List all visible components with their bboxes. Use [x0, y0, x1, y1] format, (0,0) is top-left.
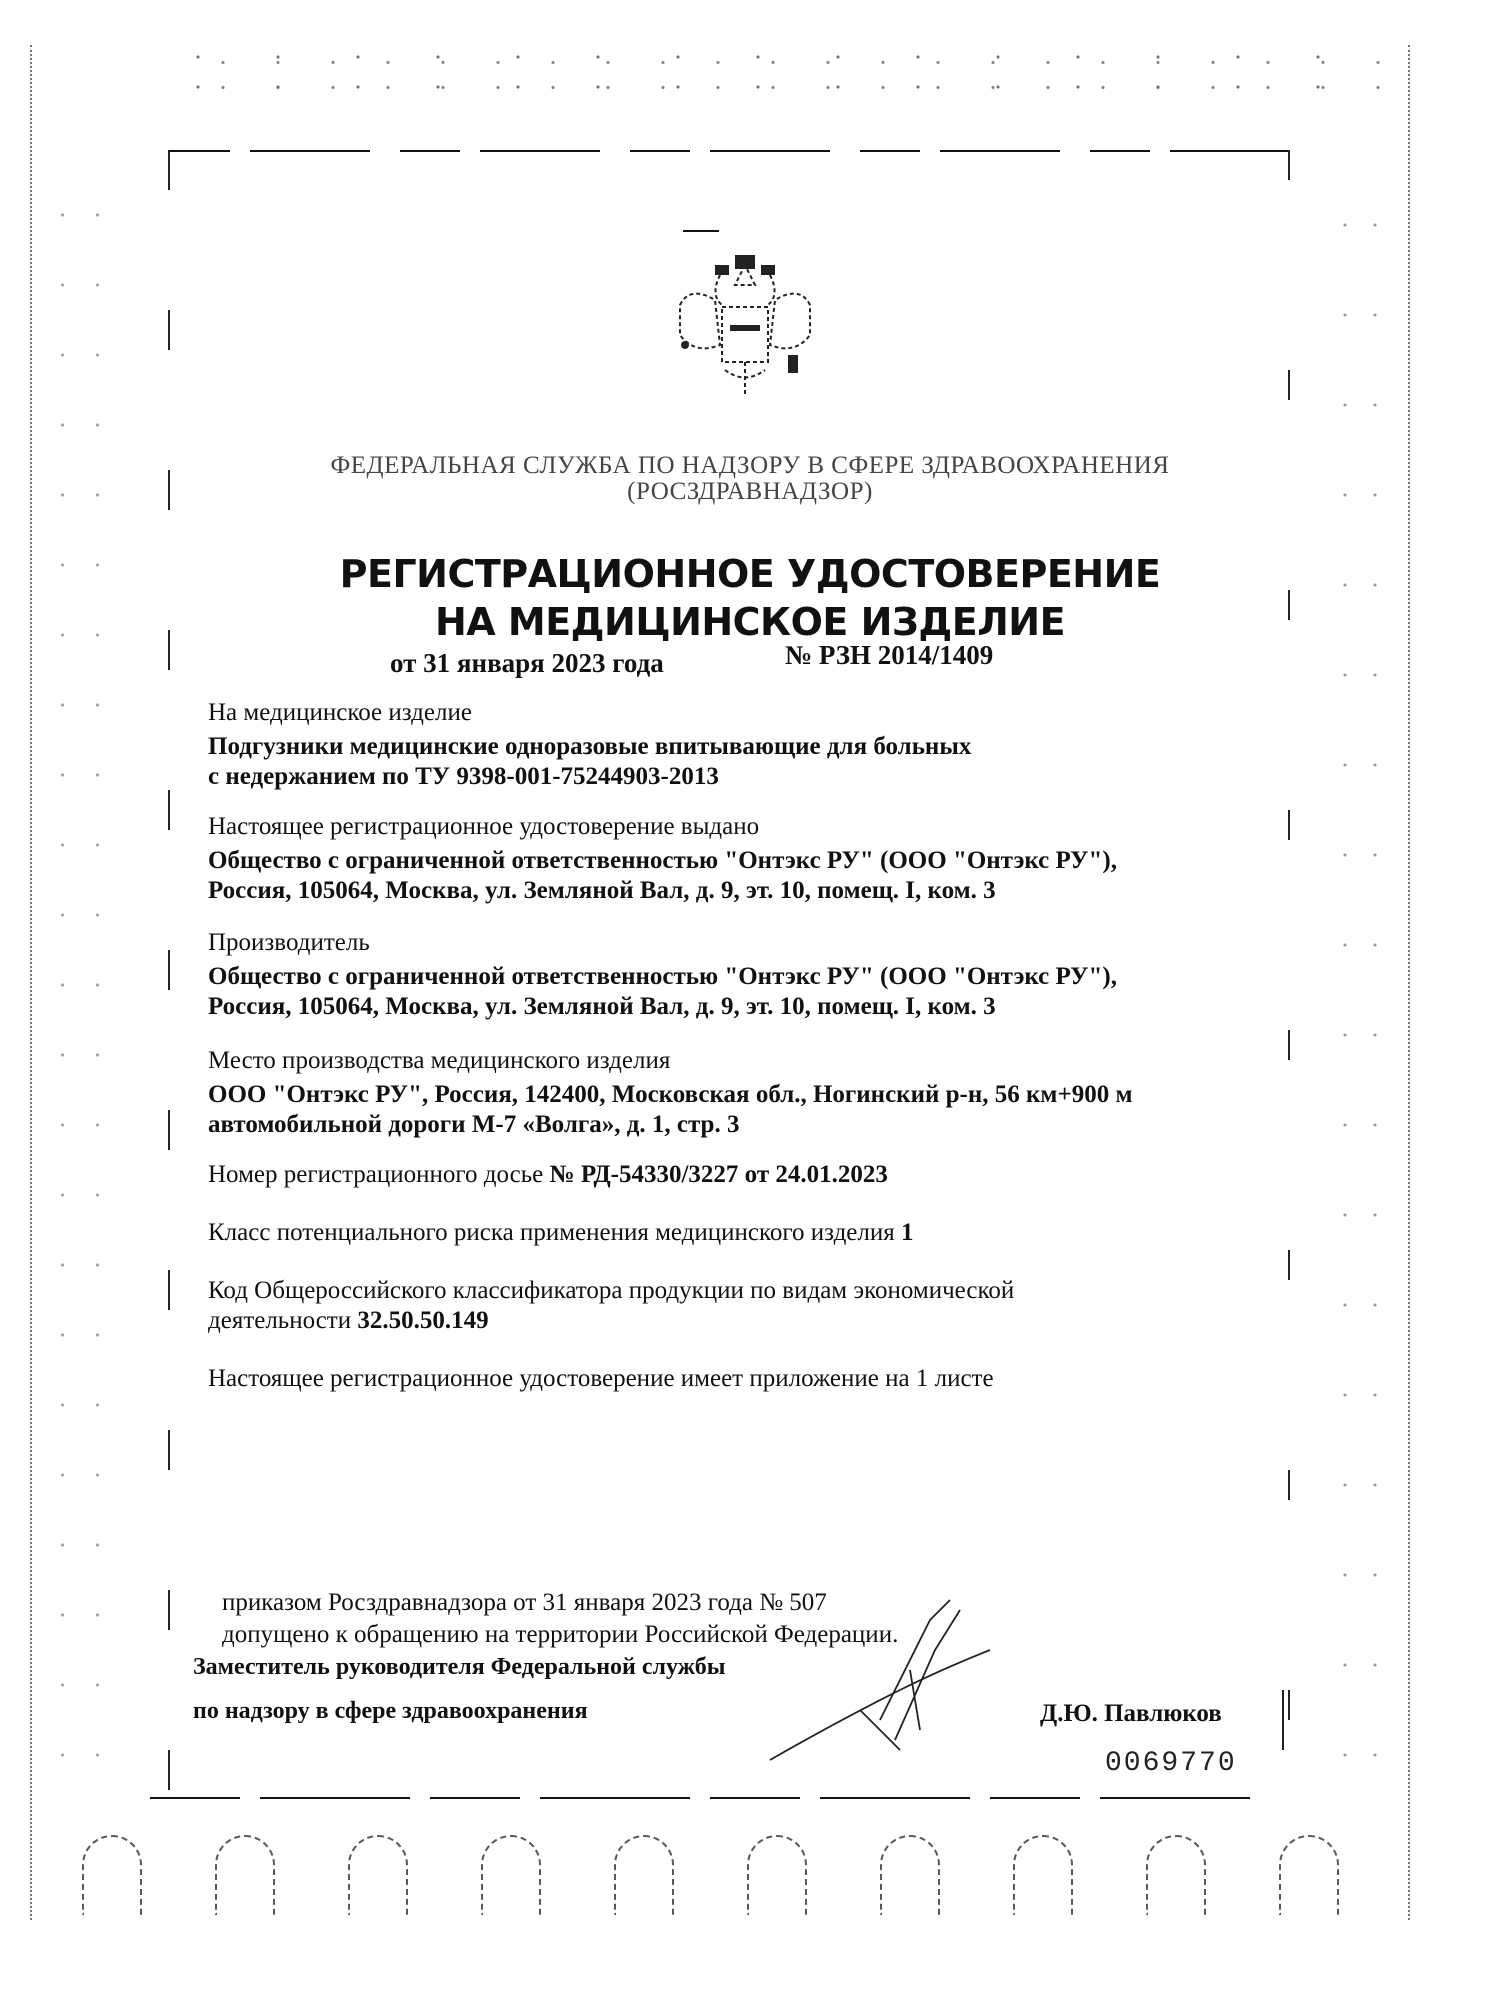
issue-date: от 31 января 2023 года: [390, 648, 664, 679]
left-border-ornament: [45, 180, 115, 1780]
okpd-section: Код Общероссийского классификатора проду…: [208, 1276, 1014, 1336]
production-site-label: Место производства медицинского изделия: [208, 1046, 1132, 1076]
ornament-arch: [215, 1835, 275, 1915]
production-site-line1: ООО "Онтэкс РУ", Россия, 142400, Московс…: [208, 1080, 1132, 1110]
production-site-section: Место производства медицинского изделия …: [208, 1046, 1132, 1140]
order-line1: приказом Росздравнадзора от 31 января 20…: [222, 1588, 827, 1618]
okpd-label-line1: Код Общероссийского классификатора проду…: [208, 1276, 1014, 1306]
agency-abbreviation: (РОСЗДРАВНАДЗОР): [0, 478, 1500, 506]
device-name-line1: Подгузники медицинские одноразовые впиты…: [208, 732, 971, 762]
ornament-arch: [880, 1835, 940, 1915]
device-label: На медицинское изделие: [208, 698, 971, 728]
okpd-value: 32.50.50.149: [357, 1307, 488, 1334]
registration-number: № РЗН 2014/1409: [785, 640, 993, 671]
ornament-arch: [747, 1835, 807, 1915]
bottom-border-ornament: [45, 1810, 1375, 1915]
appendix-text: Настоящее регистрационное удостоверение …: [208, 1365, 994, 1392]
ornament-arch: [1279, 1835, 1339, 1915]
coat-of-arms-icon: [660, 245, 830, 405]
okpd-label-line2: деятельности: [208, 1307, 351, 1334]
signer-title-line2: по надзору в сфере здравоохранения: [193, 1696, 588, 1726]
ornament-arch: [1013, 1835, 1073, 1915]
agency-name: ФЕДЕРАЛЬНАЯ СЛУЖБА ПО НАДЗОРУ В СФЕРЕ ЗД…: [0, 452, 1500, 480]
ornament-arch: [614, 1835, 674, 1915]
issued-to-line1: Общество с ограниченной ответственностью…: [208, 846, 1117, 876]
manufacturer-section: Производитель Общество с ограниченной от…: [208, 928, 1117, 1022]
frame-top-line: [170, 150, 1290, 152]
issued-to-section: Настоящее регистрационное удостоверение …: [208, 812, 1117, 906]
right-border-ornament: [1330, 180, 1400, 1780]
risk-class-value: 1: [901, 1219, 914, 1246]
ornament-arch: [82, 1835, 142, 1915]
frame-right-line: [1288, 150, 1290, 1800]
serial-number: 0069770: [1105, 1748, 1237, 1779]
issued-to-label: Настоящее регистрационное удостоверение …: [208, 812, 1117, 842]
document-subtitle: НА МЕДИЦИНСКОЕ ИЗДЕЛИЕ: [0, 600, 1500, 644]
dossier-label: Номер регистрационного досье: [208, 1161, 543, 1188]
risk-class-label: Класс потенциального риска применения ме…: [208, 1219, 895, 1246]
device-section: На медицинское изделие Подгузники медици…: [208, 698, 971, 792]
signer-name: Д.Ю. Павлюков: [1040, 1700, 1222, 1728]
document-title: РЕГИСТРАЦИОННОЕ УДОСТОВЕРЕНИЕ: [0, 552, 1500, 596]
ornament-arch: [1146, 1835, 1206, 1915]
signer-title-line1: Заместитель руководителя Федеральной слу…: [193, 1652, 725, 1682]
issued-to-line2: Россия, 105064, Москва, ул. Земляной Вал…: [208, 876, 1117, 906]
frame-bottom-line: [150, 1797, 1250, 1799]
manufacturer-line2: Россия, 105064, Москва, ул. Земляной Вал…: [208, 992, 1117, 1022]
production-site-line2: автомобильной дороги М-7 «Волга», д. 1, …: [208, 1110, 1132, 1140]
signature-bar: [1282, 1690, 1284, 1750]
frame-left-line: [168, 150, 170, 1800]
ornament-arch: [348, 1835, 408, 1915]
handwritten-signature-icon: [760, 1590, 1020, 1790]
manufacturer-label: Производитель: [208, 928, 1117, 958]
manufacturer-line1: Общество с ограниченной ответственностью…: [208, 962, 1117, 992]
risk-class-section: Класс потенциального риска применения ме…: [208, 1218, 914, 1248]
emblem-top-bar: [683, 230, 719, 232]
ornament-arch: [481, 1835, 541, 1915]
device-name-line2: с недержанием по ТУ 9398-001-75244903-20…: [208, 762, 971, 792]
dossier-value: № РД-54330/3227 от 24.01.2023: [549, 1161, 887, 1188]
appendix-section: Настоящее регистрационное удостоверение …: [208, 1364, 994, 1394]
dossier-section: Номер регистрационного досье № РД-54330/…: [208, 1160, 888, 1190]
